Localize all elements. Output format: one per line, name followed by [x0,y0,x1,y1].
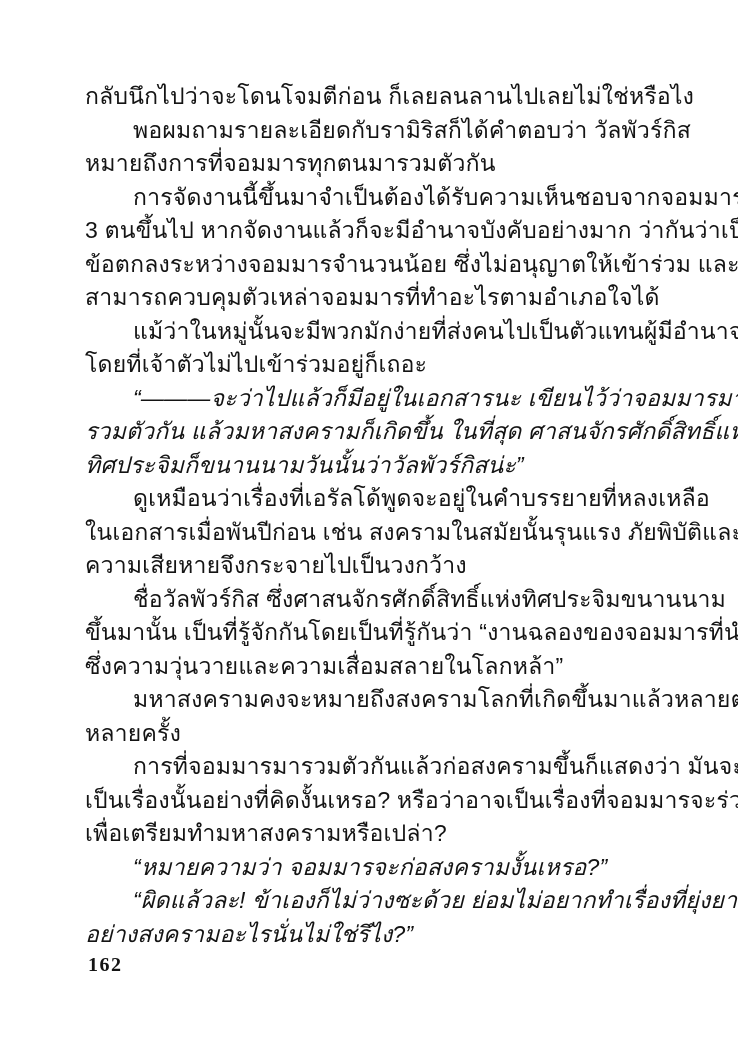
text-line: มหาสงครามคงจะหมายถึงสงครามโลกที่เกิดขึ้น… [85,683,660,717]
text-line: “หมายความว่า จอมมารจะก่อสงครามงั้นเหรอ?” [85,851,660,885]
text-line: พอผมถามรายละเอียดกับรามิริสก็ได้คำตอบว่า… [85,114,660,148]
text-line: เป็นเรื่องนั้นอย่างที่คิดงั้นเหรอ? หรือว… [85,784,660,818]
text-line: เพื่อเตรียมทำมหาสงครามหรือเปล่า? [85,817,660,851]
body-text: กลับนึกไปว่าจะโดนโจมตีก่อน ก็เลยลนลานไปเ… [85,80,660,951]
text-line: ทิศประจิมก็ขนานนามวันนั้นว่าวัลพัวร์กิสน… [85,449,660,483]
text-line: 3 ตนขึ้นไป หากจัดงานแล้วก็จะมีอำนาจบังคั… [85,214,660,248]
text-line: ดูเหมือนว่าเรื่องที่เอรัลโด้พูดจะอยู่ในค… [85,482,660,516]
text-line: หมายถึงการที่จอมมารทุกตนมารวมตัวกัน [85,147,660,181]
text-line: ในเอกสารเมื่อพันปีก่อน เช่น สงครามในสมัย… [85,516,660,550]
text-line: กลับนึกไปว่าจะโดนโจมตีก่อน ก็เลยลนลานไปเ… [85,80,660,114]
text-line: ความเสียหายจึงกระจายไปเป็นวงกว้าง [85,549,660,583]
page-number: 162 [88,954,123,977]
text-line: “ผิดแล้วละ! ข้าเองก็ไม่ว่างซะด้วย ย่อมไม… [85,884,660,918]
text-line: ชื่อวัลพัวร์กิส ซึ่งศาสนจักรศักดิ์สิทธิ์… [85,583,660,617]
text-line: อย่างสงครามอะไรนั่นไม่ใช่รึไง?” [85,918,660,952]
text-line: สามารถควบคุมตัวเหล่าจอมมารที่ทำอะไรตามอำ… [85,281,660,315]
text-line: รวมตัวกัน แล้วมหาสงครามก็เกิดขึ้น ในที่ส… [85,415,660,449]
text-line: “———จะว่าไปแล้วก็มีอยู่ในเอกสารนะ เขียนไ… [85,382,660,416]
text-line: ซึ่งความวุ่นวายและความเสื่อมสลายในโลกหล้… [85,650,660,684]
text-line: ขึ้นมานั้น เป็นที่รู้จักกันโดยเป็นที่รู้… [85,616,660,650]
text-line: โดยที่เจ้าตัวไม่ไปเข้าร่วมอยู่ก็เถอะ [85,348,660,382]
text-line: หลายครั้ง [85,717,660,751]
book-page: กลับนึกไปว่าจะโดนโจมตีก่อน ก็เลยลนลานไปเ… [0,0,738,1051]
text-line: แม้ว่าในหมู่นั้นจะมีพวกมักง่ายที่ส่งคนไป… [85,315,660,349]
text-line: ข้อตกลงระหว่างจอมมารจำนวนน้อย ซึ่งไม่อนุ… [85,248,660,282]
text-line: การที่จอมมารมารวมตัวกันแล้วก่อสงครามขึ้น… [85,750,660,784]
text-line: การจัดงานนี้ขึ้นมาจำเป็นต้องได้รับความเห… [85,181,660,215]
